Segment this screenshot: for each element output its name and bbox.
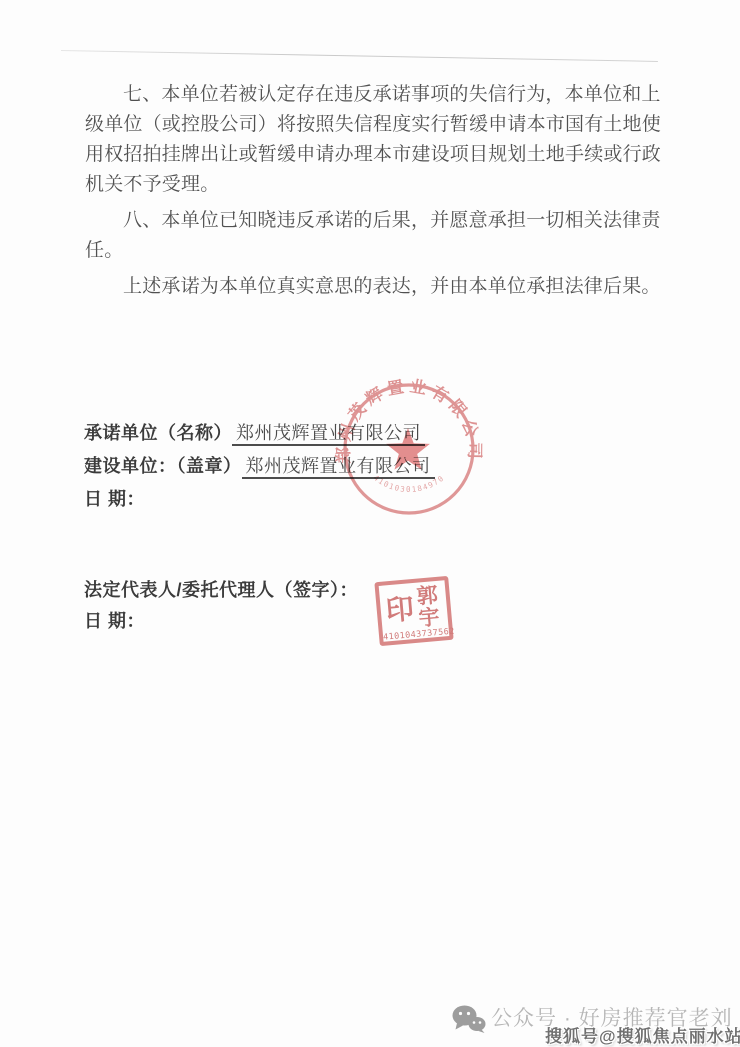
company-seal-serial-number: 4101030184970 [372, 473, 446, 494]
scan-fold-line [61, 50, 658, 62]
legal-representative-label: 法定代表人/委托代理人（签字）： [84, 576, 358, 607]
seal-star-icon [386, 428, 430, 470]
svg-text:4101030184970: 4101030184970 [372, 473, 446, 494]
construction-unit-label: 建设单位：（盖章） [84, 456, 242, 476]
promise-unit-label: 承诺单位（名称） [84, 423, 232, 443]
paragraph-8-line: 八、本单位已知晓违反承诺的后果，并愿意承担一切相关法律责 [85, 206, 665, 236]
document-body-text: 七、本单位若被认定存在违反承诺事项的失信行为，本单位和上 级单位（或控股公司）将… [85, 80, 665, 302]
paragraph-7-line: 级单位（或控股公司）将按照失信程度实行暂缓申请本市国有土地使 [85, 110, 665, 140]
scanned-document-page: 七、本单位若被认定存在违反承诺事项的失信行为，本单位和上 级单位（或控股公司）将… [0, 0, 740, 1047]
company-round-seal: 郑州茂辉置业有限公司 4101030184970 [330, 374, 488, 524]
date-label: 日 期： [84, 489, 145, 509]
paragraph-8-line: 任。 [85, 236, 665, 266]
closing-statement-line: 上述承诺为本单位真实意思的表达，并由本单位承担法律后果。 [85, 272, 665, 302]
personal-name-seal: 印 郭 宇 4101043737562 [374, 576, 453, 646]
paragraph-7-line: 机关不予受理。 [85, 170, 665, 200]
personal-seal-left-char: 印 [384, 587, 415, 629]
legal-representative-block: 法定代表人/委托代理人（签字）： 日 期： [84, 576, 358, 638]
paragraph-7-line: 七、本单位若被认定存在违反承诺事项的失信行为，本单位和上 [85, 80, 665, 110]
legal-date-label: 日 期： [84, 607, 358, 638]
personal-seal-serial-number: 4101043737562 [383, 627, 450, 643]
paragraph-7-line: 用权招拍挂牌出让或暂缓申请办理本市建设项目规划土地手续或行政 [85, 140, 665, 170]
sohu-watermark: 搜狐号@搜狐焦点丽水站 [545, 1022, 740, 1047]
wechat-icon [452, 1005, 486, 1033]
